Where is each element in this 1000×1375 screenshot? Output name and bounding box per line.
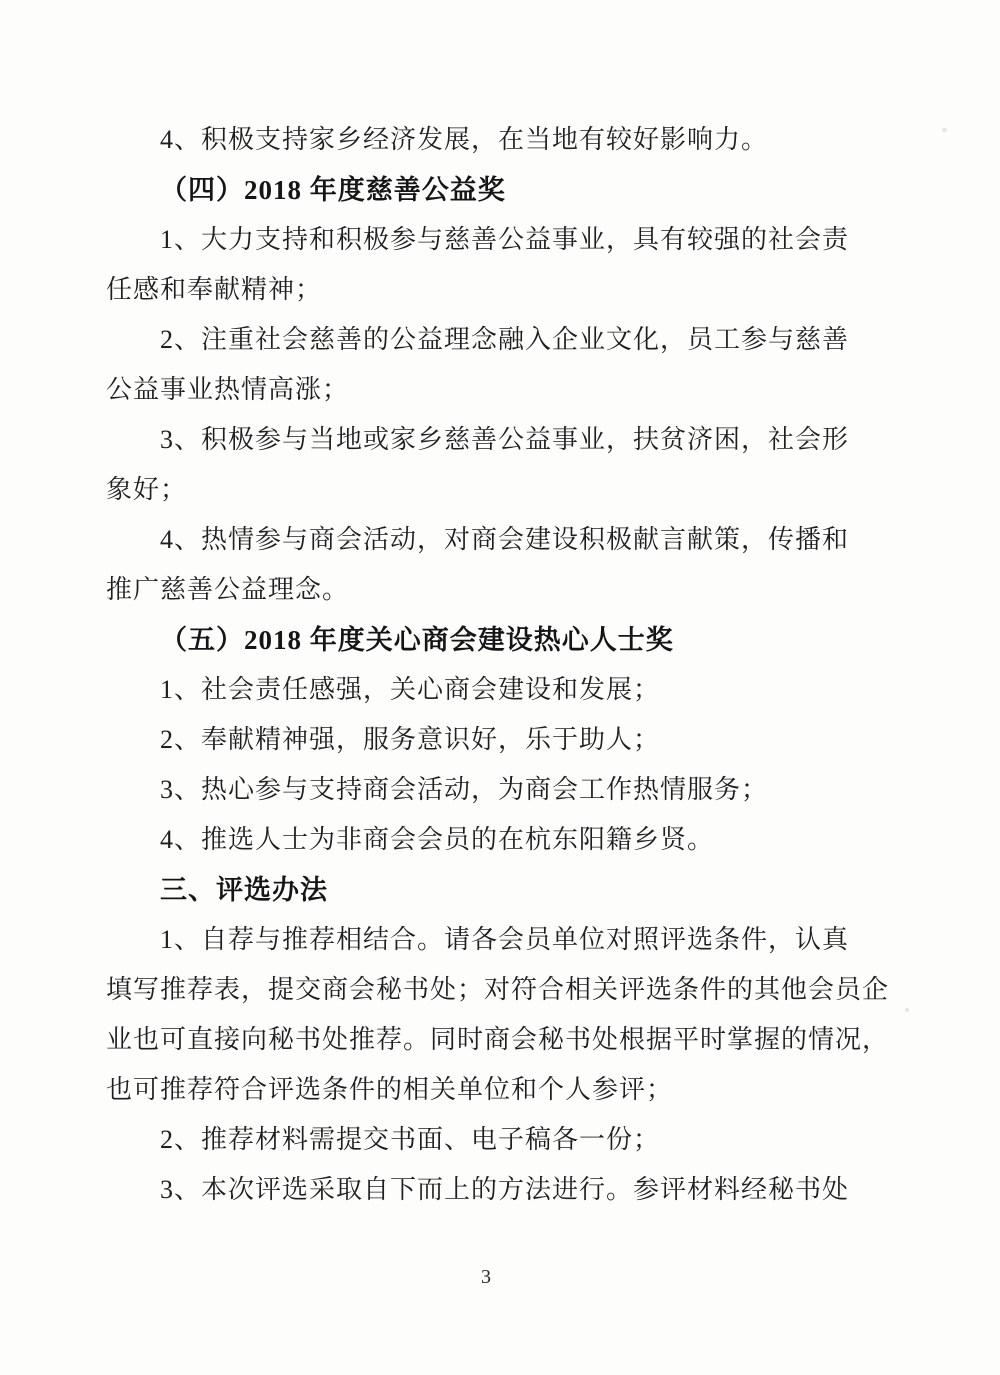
text-line: 象好； (106, 465, 916, 515)
text-line: 1、大力支持和积极参与慈善公益事业，具有较强的社会责 (106, 215, 916, 265)
text-line: 公益事业热情高涨； (106, 365, 916, 415)
text-line: 3、热心参与支持商会活动，为商会工作热情服务； (106, 765, 916, 815)
text-line: 2、注重社会慈善的公益理念融入企业文化，员工参与慈善 (106, 315, 916, 365)
page-number: 3 (0, 1262, 972, 1292)
section-heading-5-caring-person-award: （五）2018 年度关心商会建设热心人士奖 (106, 615, 916, 665)
scan-artifact (905, 1008, 909, 1012)
text-line: 3、积极参与当地或家乡慈善公益事业，扶贫济困，社会形 (106, 415, 916, 465)
text-line: 4、推选人士为非商会会员的在杭东阳籍乡贤。 (106, 815, 916, 865)
section-heading-3-selection-method: 三、评选办法 (106, 865, 916, 915)
text-line: 4、热情参与商会活动，对商会建设积极献言献策，传播和 (106, 515, 916, 565)
scan-artifact (942, 128, 947, 132)
scanned-document-page: 4、积极支持家乡经济发展，在当地有较好影响力。 （四）2018 年度慈善公益奖 … (0, 0, 1000, 1375)
text-line: 填写推荐表，提交商会秘书处；对符合相关评选条件的其他会员企 (106, 965, 916, 1015)
text-line: 任感和奉献精神； (106, 265, 916, 315)
text-line: 推广慈善公益理念。 (106, 565, 916, 615)
text-line: 3、本次评选采取自下而上的方法进行。参评材料经秘书处 (106, 1165, 916, 1215)
text-line: 1、社会责任感强，关心商会建设和发展； (106, 665, 916, 715)
text-line: 1、自荐与推荐相结合。请各会员单位对照评选条件，认真 (106, 915, 916, 965)
text-line: 4、积极支持家乡经济发展，在当地有较好影响力。 (106, 115, 916, 165)
document-body: 4、积极支持家乡经济发展，在当地有较好影响力。 （四）2018 年度慈善公益奖 … (106, 115, 916, 1215)
section-heading-4-charity-award: （四）2018 年度慈善公益奖 (106, 165, 916, 215)
text-line: 2、推荐材料需提交书面、电子稿各一份； (106, 1115, 916, 1165)
text-line: 2、奉献精神强，服务意识好，乐于助人； (106, 715, 916, 765)
text-line: 也可推荐符合评选条件的相关单位和个人参评； (106, 1065, 916, 1115)
text-line: 业也可直接向秘书处推荐。同时商会秘书处根据平时掌握的情况， (106, 1015, 916, 1065)
